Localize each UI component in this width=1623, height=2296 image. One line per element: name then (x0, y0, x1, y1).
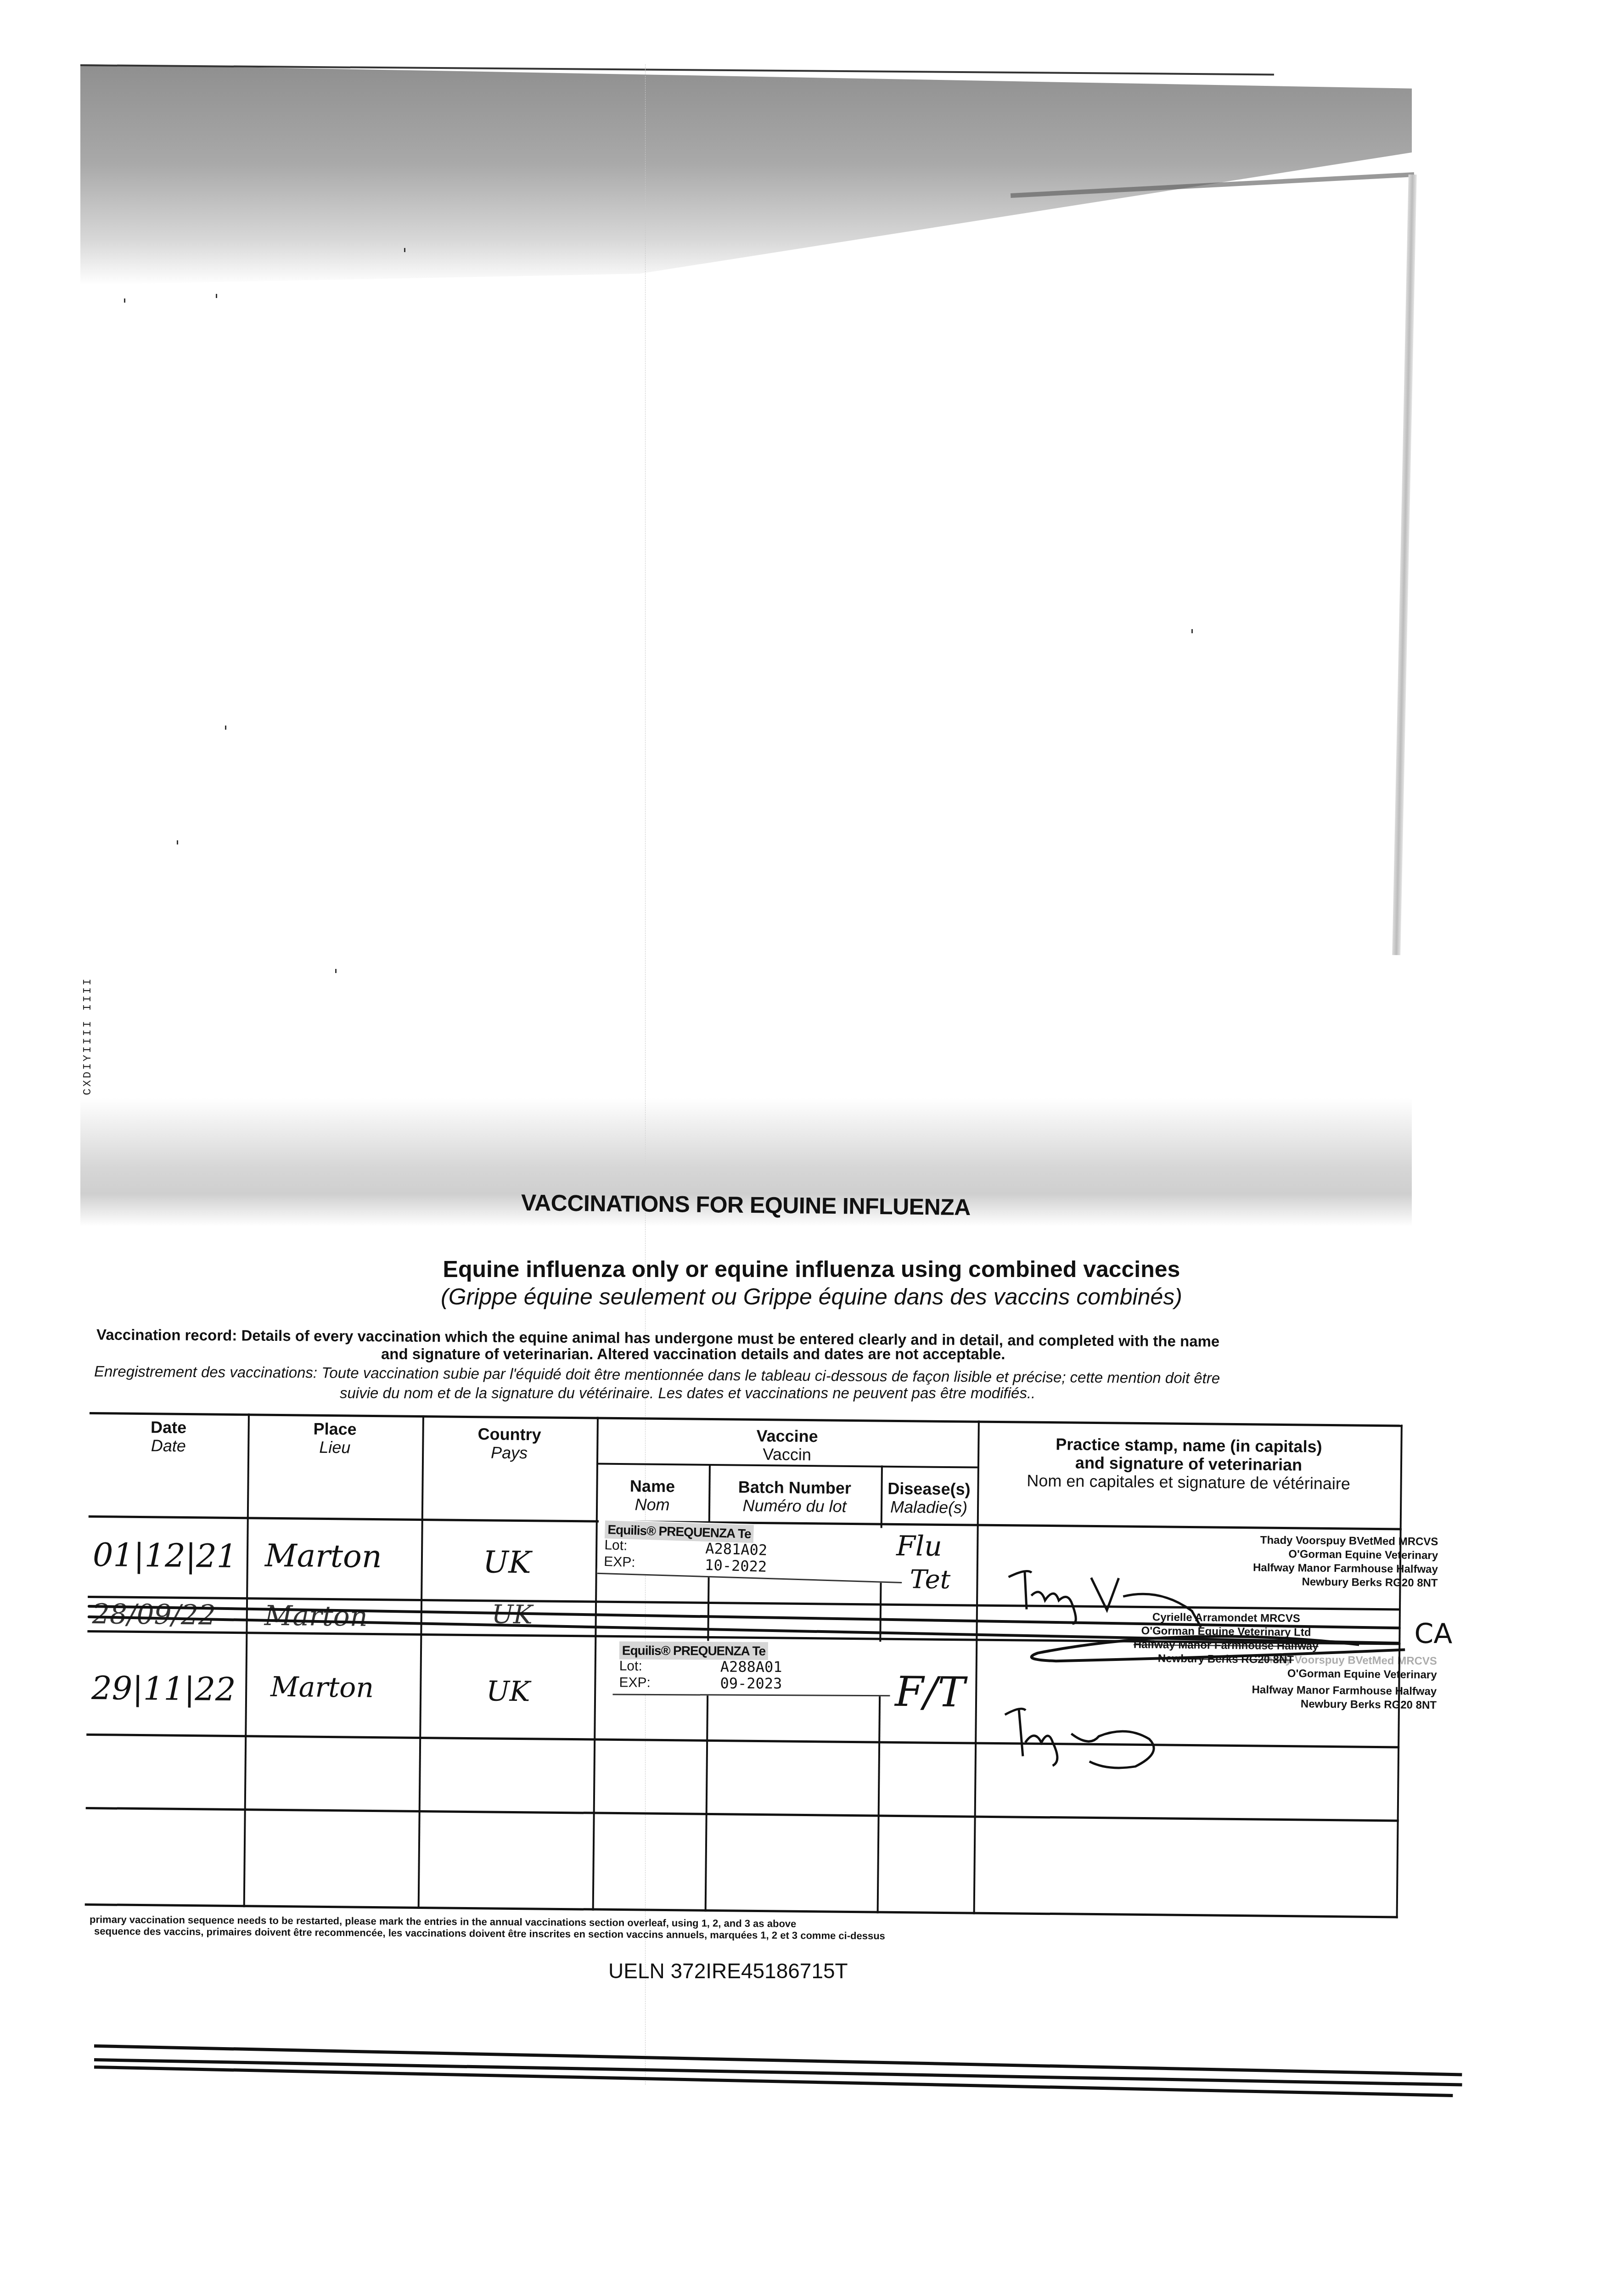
table-rule (418, 1415, 424, 1909)
row3-vaccine-name: Equilis® PREQUENZA Te (619, 1642, 769, 1660)
scan-shadow (80, 64, 1412, 285)
header-place: Place Lieu (247, 1419, 422, 1458)
header-batch: Batch Number Numéro du lot (708, 1478, 881, 1516)
scan-speck (216, 294, 217, 298)
row1-batch-number: A281A02 (705, 1540, 768, 1559)
row1-place: Marton (265, 1538, 382, 1575)
scan-speck (1191, 629, 1193, 633)
row1-country: UK (483, 1544, 532, 1580)
margin-barcode-text: CXDIYIIII IIII (82, 971, 95, 1095)
header-country-fr: Pays (422, 1443, 596, 1463)
lot-key: Lot: (619, 1658, 720, 1675)
header-date-en: Date (90, 1418, 248, 1437)
row3-place: Marton (270, 1671, 374, 1704)
header-date-fr: Date (89, 1436, 247, 1456)
exp-key: EXP: (604, 1553, 705, 1573)
row1-disease-line1: Flu (896, 1530, 942, 1563)
header-practice-fr: Nom en capitales et signature de vétérin… (977, 1471, 1399, 1494)
header-batch-fr: Numéro du lot (708, 1496, 881, 1516)
row1-vaccine-sticker: Equilis® PREQUENZA Te Lot:A281A02 EXP:10… (597, 1519, 903, 1583)
stamp-vet-name: Thady Voorspuy BVetMed MRCVS (1189, 1652, 1437, 1668)
subtitle-fr: (Grippe équine seulement ou Grippe équin… (0, 1283, 1623, 1310)
header-disease-en: Disease(s) (881, 1480, 977, 1499)
scan-fold-edge (1392, 174, 1417, 955)
header-practice: Practice stamp, name (in capitals) and s… (977, 1435, 1400, 1494)
header-name-fr: Nom (596, 1495, 708, 1514)
header-country: Country Pays (422, 1424, 597, 1463)
header-vaccine-fr: Vaccin (596, 1444, 977, 1466)
section-title: VACCINATIONS FOR EQUINE INFLUENZA (521, 1189, 971, 1221)
header-place-fr: Lieu (247, 1437, 422, 1458)
stamp-practice: O'Gorman Equine Veterinary (1189, 1666, 1437, 1682)
row3-vaccine-sticker: Equilis® PREQUENZA Te Lot:A288A01 EXP:09… (612, 1641, 890, 1697)
row1-disease-line2: Tet (910, 1564, 950, 1595)
row1-expiry: 10-2022 (705, 1557, 767, 1575)
row3-signature (998, 1692, 1191, 1772)
header-batch-en: Batch Number (708, 1478, 881, 1498)
header-disease-fr: Maladie(s) (881, 1498, 977, 1517)
row2-date: 28/09/22 (92, 1598, 216, 1632)
row3-date: 29|11|22 (91, 1669, 236, 1708)
table-rule (86, 1807, 1399, 1822)
header-name: Name Nom (596, 1477, 709, 1514)
stamp-address-2: Newbury Berks RG20 8NT (1189, 1696, 1437, 1712)
row3-disease: F/T (895, 1668, 966, 1716)
instructions-fr-line1: Enregistrement des vaccinations: Toute v… (94, 1363, 1220, 1387)
exp-key: EXP: (619, 1675, 720, 1692)
table-rule (243, 1413, 250, 1907)
header-date: Date Date (89, 1418, 248, 1456)
scan-speck (404, 248, 405, 252)
header-name-en: Name (596, 1477, 708, 1496)
header-vaccine: Vaccine Vaccin (596, 1425, 978, 1466)
header-place-en: Place (247, 1419, 422, 1439)
scan-speck (335, 969, 337, 973)
row3-practice-stamp: Thady Voorspuy BVetMed MRCVS O'Gorman Eq… (1189, 1652, 1437, 1712)
row3-country: UK (486, 1675, 530, 1708)
header-country-en: Country (422, 1424, 596, 1445)
row2-place: Marton (264, 1600, 367, 1633)
vaccination-table: Date Date Place Lieu Country Pays Vaccin… (84, 1412, 1402, 1930)
table-rule (86, 1733, 1399, 1748)
header-disease: Disease(s) Maladie(s) (881, 1480, 977, 1517)
ueln-number: UELN 372IRE45186715T (608, 1958, 848, 1983)
instructions-en-line2: and signature of veterinarian. Altered v… (381, 1345, 1005, 1363)
margin-initials: CA (1414, 1618, 1453, 1650)
scan-speck (177, 840, 178, 844)
row1-date: 01|12|21 (93, 1536, 237, 1575)
subtitle-en: Equine influenza only or equine influenz… (0, 1256, 1623, 1283)
scan-speck (124, 298, 125, 303)
scan-speck (225, 726, 226, 730)
row3-batch-number: A288A01 (720, 1659, 782, 1676)
instructions-fr-line2: suivie du nom et de la signature du vété… (340, 1384, 1035, 1402)
stamp-vet-name: Cyrielle Arramondet MRCVS (1116, 1610, 1337, 1626)
row3-expiry: 09-2023 (720, 1675, 782, 1692)
